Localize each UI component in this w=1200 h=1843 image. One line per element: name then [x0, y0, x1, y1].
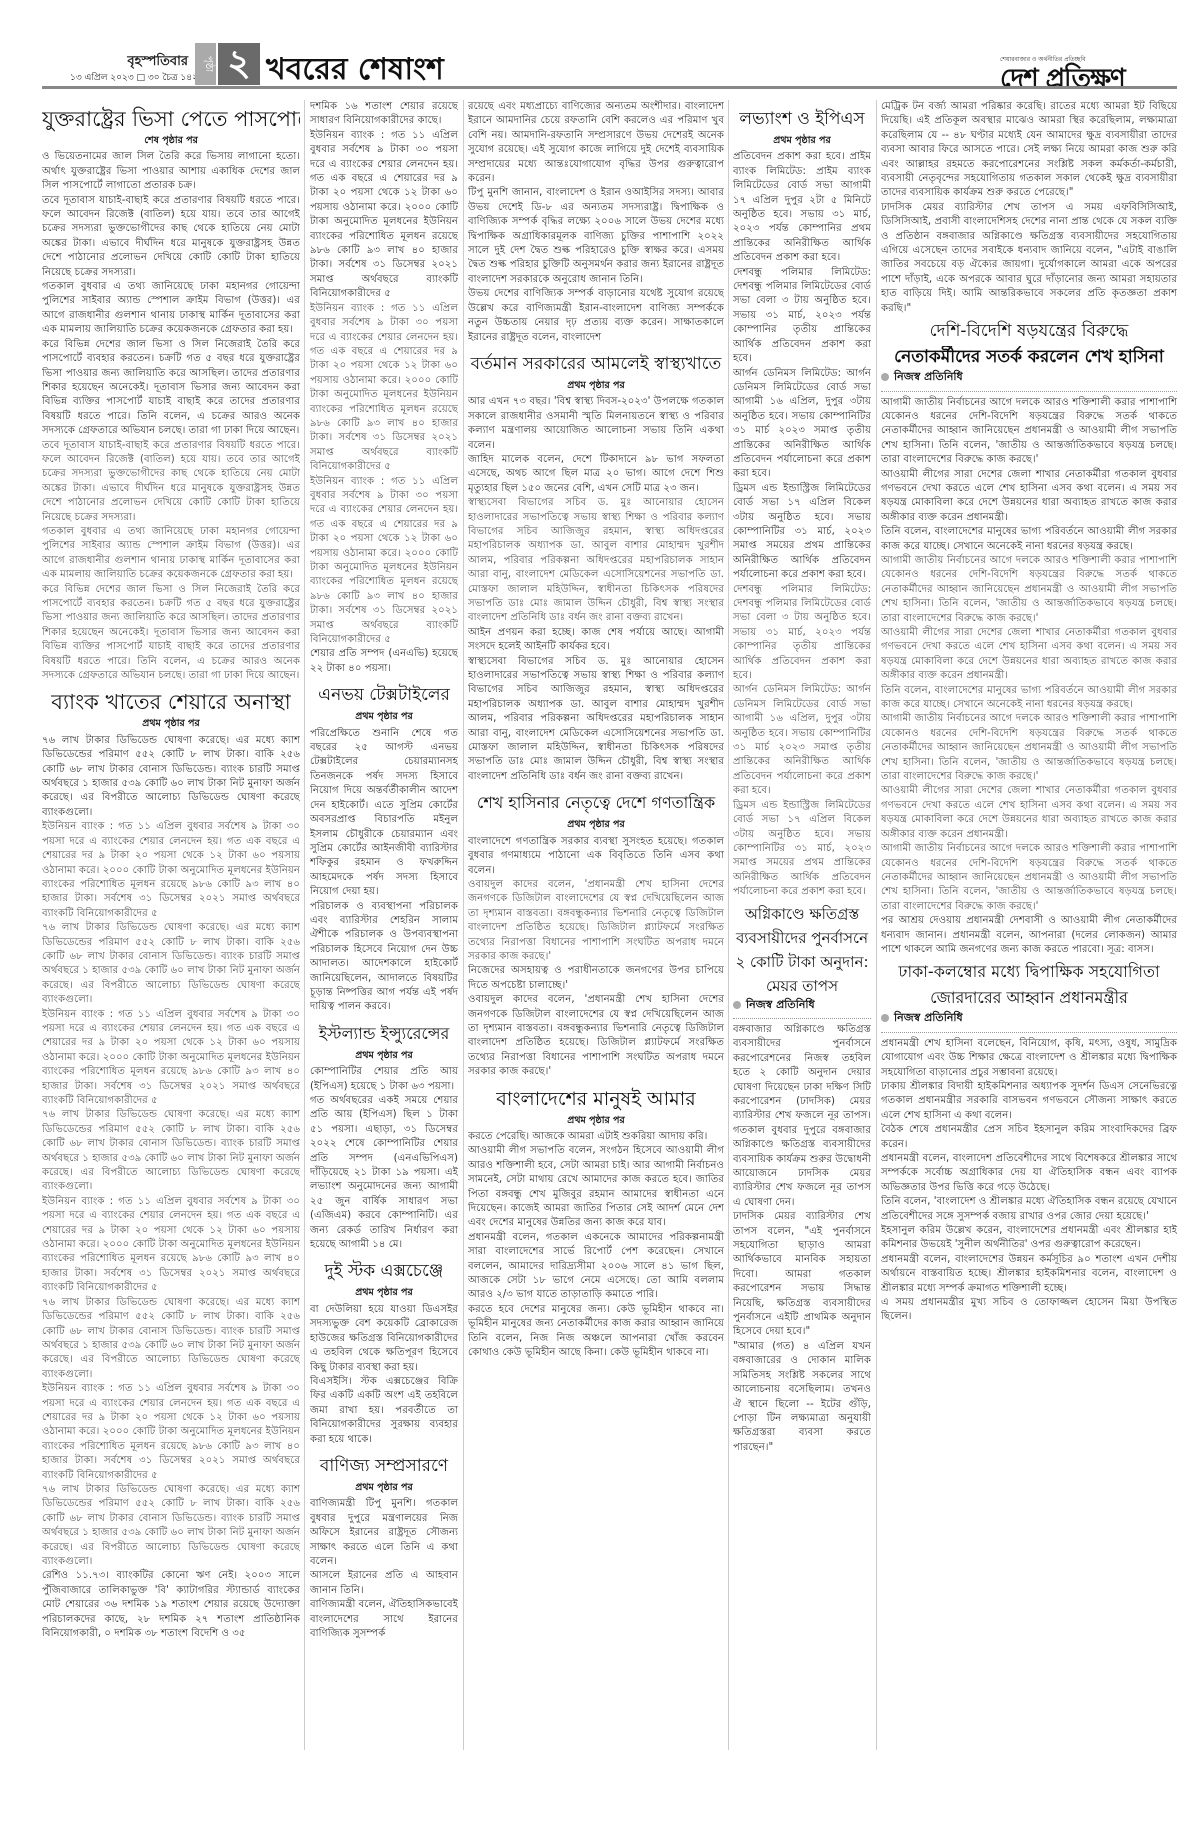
- article-headline: ২ কোটি টাকা অনুদান:: [733, 952, 871, 972]
- article-headline: যুক্তরাষ্ট্রের ভিসা পেতে পাসপোর্টে: [42, 104, 300, 134]
- article-headline: ঢাকা-কলম্বোর মধ্যে দ্বিপাক্ষিক সহযোগিতা: [881, 961, 1177, 983]
- article-paragraph: বঙ্গবাজার অগ্নিকাণ্ডে ক্ষতিগ্রস্ত ব্যবসা…: [733, 1023, 871, 1210]
- article-headline: বাংলাদেশের মানুষই আমার: [468, 1084, 724, 1114]
- article-paragraph: বাংলাদেশে গণতান্ত্রিক সরকার ব্যবস্থা সুস…: [468, 835, 724, 878]
- article-headline: শেখ হাসিনার নেতৃত্বে দেশে গণতান্ত্রিক: [468, 788, 724, 818]
- article-headline: বর্তমান সরকারের আমলেই স্বাস্থ্যখাতে: [468, 349, 724, 379]
- article-paragraph: গত অর্থবছরের একই সময়ে শেয়ার প্রতি আয় …: [310, 1094, 458, 1252]
- article-paragraph: গতকাল বুধবার এ তথ্য জানিয়েছে ঢাকা মহানগ…: [42, 280, 300, 338]
- article-paragraph: ইউনিয়ন ব্যাংক : গত ১১ এপ্রিল বুধবার সর্…: [310, 302, 458, 475]
- article-paragraph: করতে হবে দেশের মানুষের জন্য। কেউ ভূমিহীন…: [468, 1303, 724, 1361]
- column-divider: [304, 100, 305, 1750]
- article-conspiracy-warning: দেশি-বিদেশি ষড়যন্ত্রের বিরুদ্ধে নেতাকর্…: [881, 320, 1177, 957]
- column-1: যুক্তরাষ্ট্রের ভিসা পেতে পাসপোর্টে শেষ প…: [42, 100, 300, 1800]
- article-paragraph: বা দেউলিয়া হয়ে যাওয়া ডিএসইর সদস্যভুক্…: [310, 1303, 458, 1375]
- article-paragraph: ঢাদসিক মেয়র ব্যারিস্টার শেখ তাপস এ সময়…: [881, 201, 1177, 316]
- article-headline: দুই স্টক এক্সচেঞ্জে: [310, 1256, 458, 1286]
- article-paragraph: আগামী জাতীয় নির্বাচনের আগে দলকে আরও শক্…: [881, 842, 1177, 914]
- article-headline: মেয়র তাপস: [733, 976, 871, 996]
- column-4: লভ্যাংশ ও ইপিএস প্রথম পৃষ্ঠার পর প্রতিবে…: [733, 100, 871, 1800]
- article-paragraph: আসলে ইরানের প্রতি এ আহবান জানান তিনি।: [310, 1569, 458, 1598]
- article-trade-expansion: বাণিজ্য সম্প্রসারণে প্রথম পৃষ্ঠার পর বাণ…: [310, 1451, 458, 1641]
- article-headline: ব্যাংক খাতের শেয়ারে অনাস্থা: [42, 687, 300, 717]
- article-paragraph: ইউনিয়ন ব্যাংক : গত ১১ এপ্রিল বুধবার সর্…: [310, 129, 458, 302]
- article-paragraph: বাণিজ্যমন্ত্রী টিপু মুনশি। গতকাল বুধবার …: [310, 1497, 458, 1569]
- article-paragraph: আগামী জাতীয় নির্বাচনের আগে দলকে আরও শক্…: [881, 712, 1177, 784]
- article-paragraph: আগামী জাতীয় নির্বাচনের আগে দলকে আরও শক্…: [881, 554, 1177, 626]
- continued-label: প্রথম পৃষ্ঠার পর: [733, 134, 871, 148]
- article-visa: যুক্তরাষ্ট্রের ভিসা পেতে পাসপোর্টে শেষ প…: [42, 104, 300, 683]
- article-paragraph: পর আশ্রয় দেওয়ায় প্রধানমন্ত্রী দেশবাসী…: [881, 914, 1177, 957]
- article-people-of-bangladesh: বাংলাদেশের মানুষই আমার প্রথম পৃষ্ঠার পর …: [468, 1084, 724, 1361]
- article-paragraph: শেয়ার প্রতি সম্পদ (এনএভি) হয়েছে ২২ টাক…: [310, 647, 458, 676]
- page-label: পৃষ্ঠা: [195, 43, 216, 85]
- article-paragraph: দশমিক ১৬ শতাংশ শেয়ার রয়েছে সাধারণ বিনি…: [310, 100, 458, 129]
- article-paragraph: টিপু মুনশি জানান, বাংলাদেশ ও ইরান ওআইসির…: [468, 186, 724, 287]
- continued-label: প্রথম পৃষ্ঠার পর: [310, 1481, 458, 1495]
- article-health-sector: বর্তমান সরকারের আমলেই স্বাস্থ্যখাতে প্রথ…: [468, 349, 724, 784]
- column-divider: [463, 100, 464, 1750]
- continued-label: প্রথম পৃষ্ঠার পর: [310, 710, 458, 724]
- date-line: ১৩ এপ্রিল ২০২৩ □ ৩০ চৈত্র ১৪২৯: [70, 70, 204, 85]
- article-paragraph: ইউনিয়ন ব্যাংক : গত ১১ এপ্রিল বুধবার সর্…: [42, 1382, 300, 1483]
- article-paragraph: প্রধানমন্ত্রী বলেন, বাংলাদেশের উন্নয়ন ক…: [881, 1253, 1177, 1296]
- article-paragraph: আর এখন ৭৩ বছর। 'বিশ্ব স্বাস্থ্য দিবস-২০২…: [468, 395, 724, 453]
- byline: নিজস্ব প্রতিনিধি: [881, 1011, 1177, 1032]
- article-bank-shares: ব্যাংক খাতের শেয়ারে অনাস্থা প্রথম পৃষ্ঠ…: [42, 687, 300, 1641]
- article-dhaka-colombo: ঢাকা-কলম্বোর মধ্যে দ্বিপাক্ষিক সহযোগিতা …: [881, 961, 1177, 1325]
- article-paragraph: রেশিও ১১.৭৩। ব্যাংকটির কোনো ঋণ নেই। ২০০৩…: [42, 1569, 300, 1641]
- article-paragraph: ঢাকায় শ্রীলঙ্কার বিদায়ী হাইকমিশনার অধ্…: [881, 1080, 1177, 1123]
- article-paragraph: ইউনিয়ন ব্যাংক : গত ১১ এপ্রিল বুধবার সর্…: [42, 820, 300, 921]
- article-paragraph: আওয়ামী লীগের সারা দেশের জেলা শাখার নেতা…: [881, 784, 1177, 842]
- article-paragraph: ইউনিয়ন ব্যাংক : গত ১১ এপ্রিল বুধবার সর্…: [42, 1008, 300, 1109]
- article-paragraph: তিনি বলেন, বাংলাদেশের মানুষের ভাগ্য পরিব…: [881, 684, 1177, 713]
- article-paragraph: ৭৬ লাখ টাকার ডিভিডেন্ড ঘোষণা করেছে। এর ম…: [42, 1108, 300, 1194]
- article-paragraph: "আমার (গত) ৪ এপ্রিল যখন বঙ্গবাজারের ও দো…: [733, 1340, 871, 1455]
- article-paragraph: প্রধানমন্ত্রী বলেন, বাংলাদেশ প্রতিবেশীদে…: [881, 1152, 1177, 1195]
- article-paragraph: আওয়ামী লীগ সভাপতি বলেন, সংগঠন হিসেবে আও…: [468, 1144, 724, 1230]
- column-divider: [876, 100, 877, 1750]
- article-paragraph: ইউনিয়ন ব্যাংক : গত ১১ এপ্রিল বুধবার সর্…: [310, 475, 458, 648]
- article-paragraph: উভয় দেশের বাণিজ্যিক সম্পর্ক বাড়ানোর যথ…: [468, 287, 724, 345]
- article-paragraph: করতে পেরেছি। আজকে আমরা এটাই শুকরিয়া আদা…: [468, 1130, 724, 1144]
- article-paragraph: ৭৬ লাখ টাকার ডিভিডেন্ড ঘোষণা করেছে। এর ম…: [42, 1296, 300, 1382]
- article-headline: ব্যবসায়ীদের পুনর্বাসনে: [733, 928, 871, 948]
- article-paragraph: আওয়ামী লীগের সারা দেশের জেলা শাখার নেতা…: [881, 468, 1177, 526]
- continued-label: প্রথম পৃষ্ঠার পর: [310, 1049, 458, 1063]
- article-fire-rehab: অগ্নিকাণ্ডে ক্ষতিগ্রস্ত ব্যবসায়ীদের পুন…: [733, 904, 871, 1456]
- article-paragraph: বৈঠক শেষে প্রধানমন্ত্রীর প্রেস সচিব ইহসা…: [881, 1123, 1177, 1152]
- masthead-rule: [42, 86, 1177, 89]
- article-dividend-eps: লভ্যাংশ ও ইপিএস প্রথম পৃষ্ঠার পর প্রতিবে…: [733, 104, 871, 900]
- article-paragraph: ড্রিমস এন্ড ইন্ডাস্ট্রিজ লিমিটেডের বোর্ড…: [733, 799, 871, 900]
- article-paragraph: গতকাল বুধবার এ তথ্য জানিয়েছে ঢাকা মহানগ…: [42, 525, 300, 583]
- column-5: মেট্রিক টন বর্জ্য আমরা পরিষ্কার করেছি। র…: [881, 100, 1177, 1800]
- article-paragraph: প্রধানমন্ত্রী বলেন, গতকাল একনেকে আমাদের …: [468, 1231, 724, 1303]
- article-paragraph: তবে দূতাবাস যাচাই-বাছাই করে প্রতারণার বি…: [42, 194, 300, 280]
- article-paragraph: রয়েছে এবং মধ্যপ্রাচ্যে বাণিজ্যের অন্যতম…: [468, 100, 724, 186]
- byline: নিজস্ব প্রতিনিধি: [733, 998, 871, 1019]
- article-envoy-textiles: এনভয় টেক্সটাইলের প্রথম পৃষ্ঠার পর পরিপ্…: [310, 680, 458, 1015]
- article-paragraph: তবে দূতাবাস যাচাই-বাছাই করে প্রতারণার বি…: [42, 439, 300, 525]
- article-paragraph: প্রতিবেদন প্রকাশ করা হবে। প্রাইম ব্যাংক …: [733, 150, 871, 265]
- article-paragraph: স্বাস্থ্যসেবা বিভাগের সচিব ড. মুঃ আনোয়া…: [468, 655, 724, 785]
- article-paragraph: স্বাস্থ্যসেবা বিভাগের সচিব ড. মুঃ আনোয়া…: [468, 496, 724, 626]
- continued-label: প্রথম পৃষ্ঠার পর: [468, 1114, 724, 1128]
- article-paragraph: আগামী জাতীয় নির্বাচনের আগে দলকে আরও শক্…: [881, 396, 1177, 468]
- masthead: বৃহস্পতিবার ১৩ এপ্রিল ২০২৩ □ ৩০ চৈত্র ১৪…: [0, 0, 1200, 95]
- continued-label: শেষ পৃষ্ঠার পর: [42, 134, 300, 148]
- article-paragraph: দেশবন্ধু পলিমার লিমিটেড: দেশবন্ধু পলিমার…: [733, 266, 871, 367]
- newspaper-logo: দেশ প্রতিক্ষণ: [1000, 58, 1125, 102]
- article-paragraph: প্রধানমন্ত্রী শেখ হাসিনা বলেছেন, বিনিয়ো…: [881, 1037, 1177, 1080]
- article-headline: অগ্নিকাণ্ডে ক্ষতিগ্রস্ত: [733, 904, 871, 924]
- article-paragraph: আওয়ামী লীগের সারা দেশের জেলা শাখার নেতা…: [881, 626, 1177, 684]
- article-paragraph: এ সময় প্রধানমন্ত্রীর মুখ্য সচিব ও তোফাজ…: [881, 1296, 1177, 1325]
- byline: নিজস্ব প্রতিনিধি: [881, 370, 1177, 391]
- article-paragraph: করে বিভিন্ন দেশের জাল ভিসা ও সিল নিজেরাই…: [42, 338, 300, 439]
- article-paragraph: পরিচালক ও ব্যবস্থাপনা পরিচালক এবং ব্যারি…: [310, 900, 458, 1015]
- article-headline: বাণিজ্য সম্প্রসারণে: [310, 1451, 458, 1481]
- article-eastland-insurance: ইস্টল্যান্ড ইন্স্যুরেন্সের প্রথম পৃষ্ঠার…: [310, 1019, 458, 1253]
- article-paragraph: ও ভিয়েতনামের জাল সিল তৈরি করে ভিসায় লা…: [42, 150, 300, 193]
- article-paragraph: ৭৬ লাখ টাকার ডিভিডেন্ড ঘোষণা করেছে। এর ম…: [42, 734, 300, 820]
- article-paragraph: বাণিজ্যমন্ত্রী বলেন, ঐতিহাসিকভাবেই বাংলা…: [310, 1598, 458, 1641]
- bullet-icon: [881, 373, 889, 381]
- article-paragraph: পরিপ্রেক্ষিতে শুনানি শেষে গত বছরের ২৫ আগ…: [310, 727, 458, 900]
- article-headline: নেতাকর্মীদের সতর্ক করলেন শেখ হাসিনা: [881, 346, 1177, 368]
- column-2: দশমিক ১৬ শতাংশ শেয়ার রয়েছে সাধারণ বিনি…: [310, 100, 458, 1800]
- column-3: রয়েছে এবং মধ্যপ্রাচ্যে বাণিজ্যের অন্যতম…: [468, 100, 724, 1800]
- article-headline: ইস্টল্যান্ড ইন্স্যুরেন্সের: [310, 1019, 458, 1049]
- article-paragraph: করে বিভিন্ন দেশের জাল ভিসা ও সিল নিজেরাই…: [42, 583, 300, 684]
- article-paragraph: নিজেদের অসহায়ত্ব ও পরাধীনতাকে জনগণের উপ…: [468, 964, 724, 993]
- article-paragraph: ইহসানুল করিম উল্লেখ করেন, বাংলাদেশের প্র…: [881, 1224, 1177, 1253]
- article-paragraph: ওবায়দুল কাদের বলেন, 'প্রধানমন্ত্রী শেখ …: [468, 878, 724, 964]
- article-paragraph: আর্গন ডেনিমস লিমিটেড: আর্গন ডেনিমস লিমিট…: [733, 683, 871, 798]
- article-paragraph: বিএসইসি। স্টক এক্সচেঞ্জের বিক্রি ফির একট…: [310, 1375, 458, 1447]
- article-paragraph: ৭৬ লাখ টাকার ডিভিডেন্ড ঘোষণা করেছে। এর ম…: [42, 1483, 300, 1569]
- article-paragraph: ওবায়দুল কাদের বলেন, 'প্রধানমন্ত্রী শেখ …: [468, 993, 724, 1079]
- article-paragraph: তিনি বলেন, বাংলাদেশের মানুষের ভাগ্য পরিব…: [881, 525, 1177, 554]
- article-paragraph: ঢাদসিক মেয়র ব্যারিস্টার শেখ তাপস বলেন, …: [733, 1210, 871, 1340]
- article-headline: এনভয় টেক্সটাইলের: [310, 680, 458, 710]
- article-paragraph: জাহিদ মালেক বলেন, দেশে টিকাদানে ৯৮ ভাগ স…: [468, 453, 724, 496]
- article-paragraph: আইন প্রণয়ন করা হচ্ছে। কাজ শেষ পর্যায়ে …: [468, 626, 724, 655]
- continued-label: প্রথম পৃষ্ঠার পর: [468, 379, 724, 393]
- article-stock-exchanges: দুই স্টক এক্সচেঞ্জে প্রথম পৃষ্ঠার পর বা …: [310, 1256, 458, 1446]
- article-paragraph: মেট্রিক টন বর্জ্য আমরা পরিষ্কার করেছি। র…: [881, 100, 1177, 201]
- article-paragraph: কোম্পানিটির শেয়ার প্রতি আয় (ইপিএস) হয়…: [310, 1065, 458, 1094]
- article-paragraph: আর্গন ডেনিমস লিমিটেড: আর্গন ডেনিমস লিমিট…: [733, 367, 871, 482]
- bullet-icon: [733, 1001, 741, 1009]
- continued-label: প্রথম পৃষ্ঠার পর: [468, 818, 724, 832]
- article-paragraph: ৭৬ লাখ টাকার ডিভিডেন্ড ঘোষণা করেছে। এর ম…: [42, 921, 300, 1007]
- continued-label: প্রথম পৃষ্ঠার পর: [310, 1286, 458, 1300]
- article-paragraph: ইউনিয়ন ব্যাংক : গত ১১ এপ্রিল বুধবার সর্…: [42, 1195, 300, 1296]
- article-headline: লভ্যাংশ ও ইপিএস: [733, 104, 871, 134]
- article-paragraph: তিনি বলেন, 'বাংলাদেশ ও শ্রীলঙ্কার মধ্যে …: [881, 1195, 1177, 1224]
- bullet-icon: [881, 1014, 889, 1022]
- article-headline: জোরদারের আহ্বান প্রধানমন্ত্রীর: [881, 987, 1177, 1009]
- article-paragraph: দেশবন্ধু পলিমার লিমিটেড: দেশবন্ধু পলিমার…: [733, 583, 871, 684]
- page-number: ২: [218, 43, 260, 85]
- article-headline: দেশি-বিদেশি ষড়যন্ত্রের বিরুদ্ধে: [881, 320, 1177, 342]
- column-divider: [728, 100, 729, 1750]
- continued-label: প্রথম পৃষ্ঠার পর: [42, 717, 300, 731]
- article-democracy: শেখ হাসিনার নেতৃত্বে দেশে গণতান্ত্রিক প্…: [468, 788, 724, 1079]
- article-paragraph: ড্রিমস এন্ড ইন্ডাস্ট্রিজ লিমিটেডের বোর্ড…: [733, 482, 871, 583]
